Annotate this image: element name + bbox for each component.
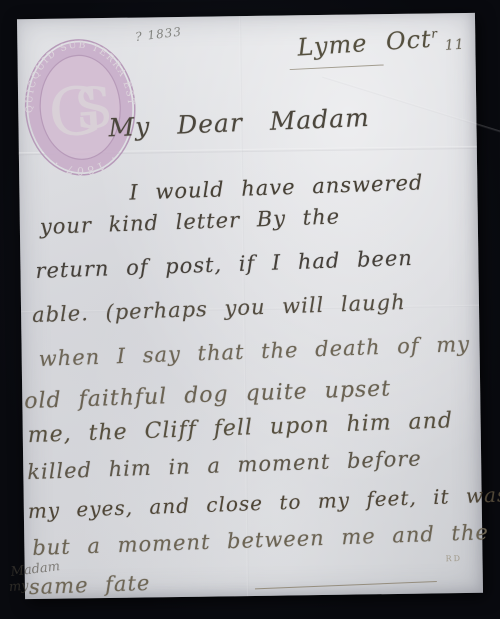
letter-paper: QUICQUID SUB TERRA EST · 1807 · G S ? 18… [17,13,483,599]
pencil-year-annotation: ? 1833 [135,25,183,44]
letter-line: but a moment between me and the [32,520,489,560]
letter-line: return of post, if I had been [35,246,413,283]
dateline-place: Lyme [297,29,369,62]
dateline-underline [290,64,384,70]
dateline-month: Oct [385,25,433,56]
letter-line: I would have answered [129,170,424,204]
letter-line: my eyes, and close to my feet, it was [27,482,500,523]
dateline-day: 11 [438,37,465,55]
geological-society-seal: QUICQUID SUB TERRA EST · 1807 · G S [20,35,141,180]
letter-line: old faithful dog quite upset [24,376,392,414]
letter-line: your kind letter By the [39,204,340,238]
corner-pencil-mark: RD [445,554,462,563]
salutation: My Dear Madam [108,103,370,142]
letter-line: able. (perhaps you will laugh [32,290,406,327]
letter-line: when I say that the death of my [38,332,470,371]
closing-flourish-dash [255,581,437,589]
dateline: Lyme Octr11 [297,23,466,64]
letter-line: me, the Cliff fell upon him and [27,408,453,448]
letter-line: killed him in a moment before [27,446,422,484]
scan-background: QUICQUID SUB TERRA EST · 1807 · G S ? 18… [0,0,500,619]
marginalia-faint: my [8,578,29,595]
